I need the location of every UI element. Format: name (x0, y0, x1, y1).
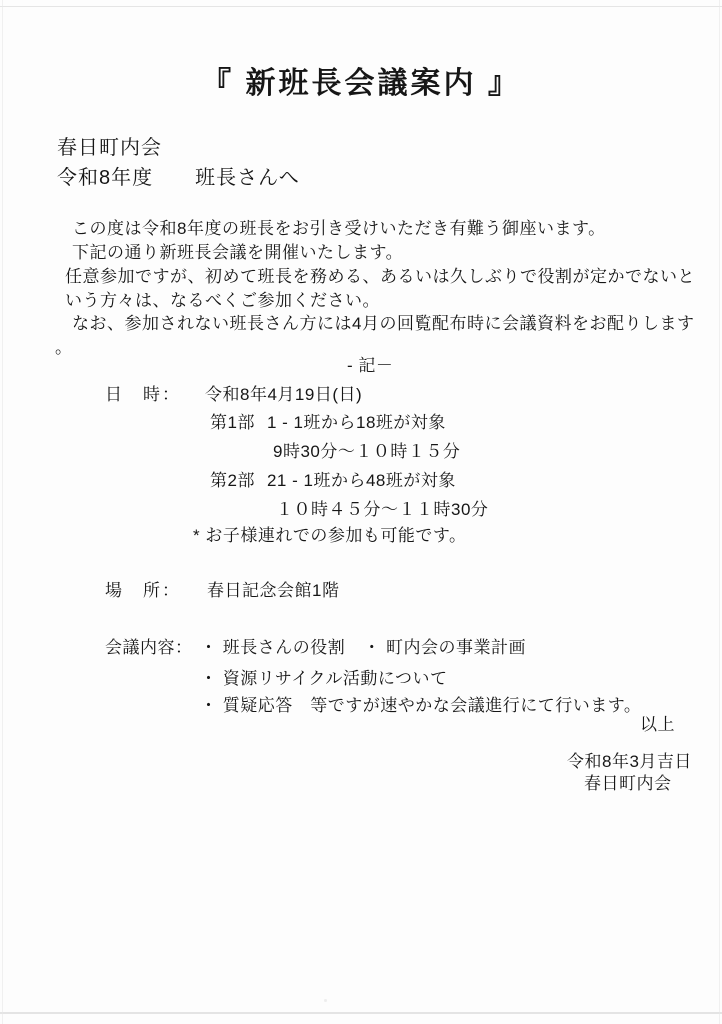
scan-edge-top (0, 6, 722, 7)
agenda-item: ・ 町内会の事業計画 (363, 638, 526, 657)
body-line: この度は令和8年度の班長をお引き受けいただき有難う御座います。 (72, 214, 606, 239)
addressee-line: 令和8年度 班長さんへ (57, 161, 300, 190)
scan-edge-bottom (0, 1012, 722, 1014)
body-line: 。 (55, 333, 73, 358)
session-part: 第2部 (210, 471, 255, 490)
schedule-label: 日 時： (105, 380, 181, 405)
scan-edge-left (2, 0, 3, 1024)
scan-speck (324, 999, 327, 1002)
body-line: 下記の通り新班長会議を開催いたします。 (72, 238, 403, 263)
schedule-date: 令和8年4月19日(日) (205, 380, 362, 405)
agenda-item: ・ 資源リサイクル活動について (200, 664, 448, 689)
schedule-session-2: 第2部21 - 1班から48班が対象 (210, 466, 456, 491)
session-part: 第1部 (210, 413, 255, 432)
agenda-item: ・ 質疑応答 等ですが速やかな会議進行にて行います。 (200, 691, 641, 716)
session-time: １０時４５分～１１時30分 (276, 495, 488, 520)
schedule-session-1: 第1部1 - 1班から18班が対象 (210, 408, 446, 433)
record-marker: - 記－ (347, 351, 393, 376)
session-target: 1 - 1班から18班が対象 (267, 413, 446, 432)
issuer-name: 春日町内会 (584, 769, 672, 794)
body-line: なお、参加されない班長さん方には4月の回覧配布時に会議資料をお配りします (72, 309, 694, 334)
body-line: いう方々は、なるべくご参加ください。 (65, 286, 380, 311)
sender-org: 春日町内会 (57, 131, 162, 160)
venue-value: 春日記念会館1階 (207, 576, 339, 601)
agenda-line-1: ・ 班長さんの役割・ 町内会の事業計画 (200, 633, 526, 658)
schedule-note: * お子様連れでの参加も可能です。 (193, 521, 466, 546)
venue-label: 場 所： (105, 576, 181, 601)
closing-word: 以上 (640, 710, 675, 735)
scanned-document-page: 『 新班長会議案内 』 春日町内会 令和8年度 班長さんへ この度は令和8年度の… (0, 0, 722, 1024)
document-title: 『 新班長会議案内 』 (0, 58, 722, 102)
session-target: 21 - 1班から48班が対象 (267, 471, 456, 490)
agenda-label: 会議内容： (105, 633, 193, 658)
scan-edge-right (719, 0, 720, 1024)
agenda-item: ・ 班長さんの役割 (200, 638, 345, 657)
session-time: 9時30分～１０時１５分 (273, 437, 460, 462)
body-line: 任意参加ですが、初めて班長を務める、あるいは久しぶりで役割が定かでないと (65, 262, 695, 287)
